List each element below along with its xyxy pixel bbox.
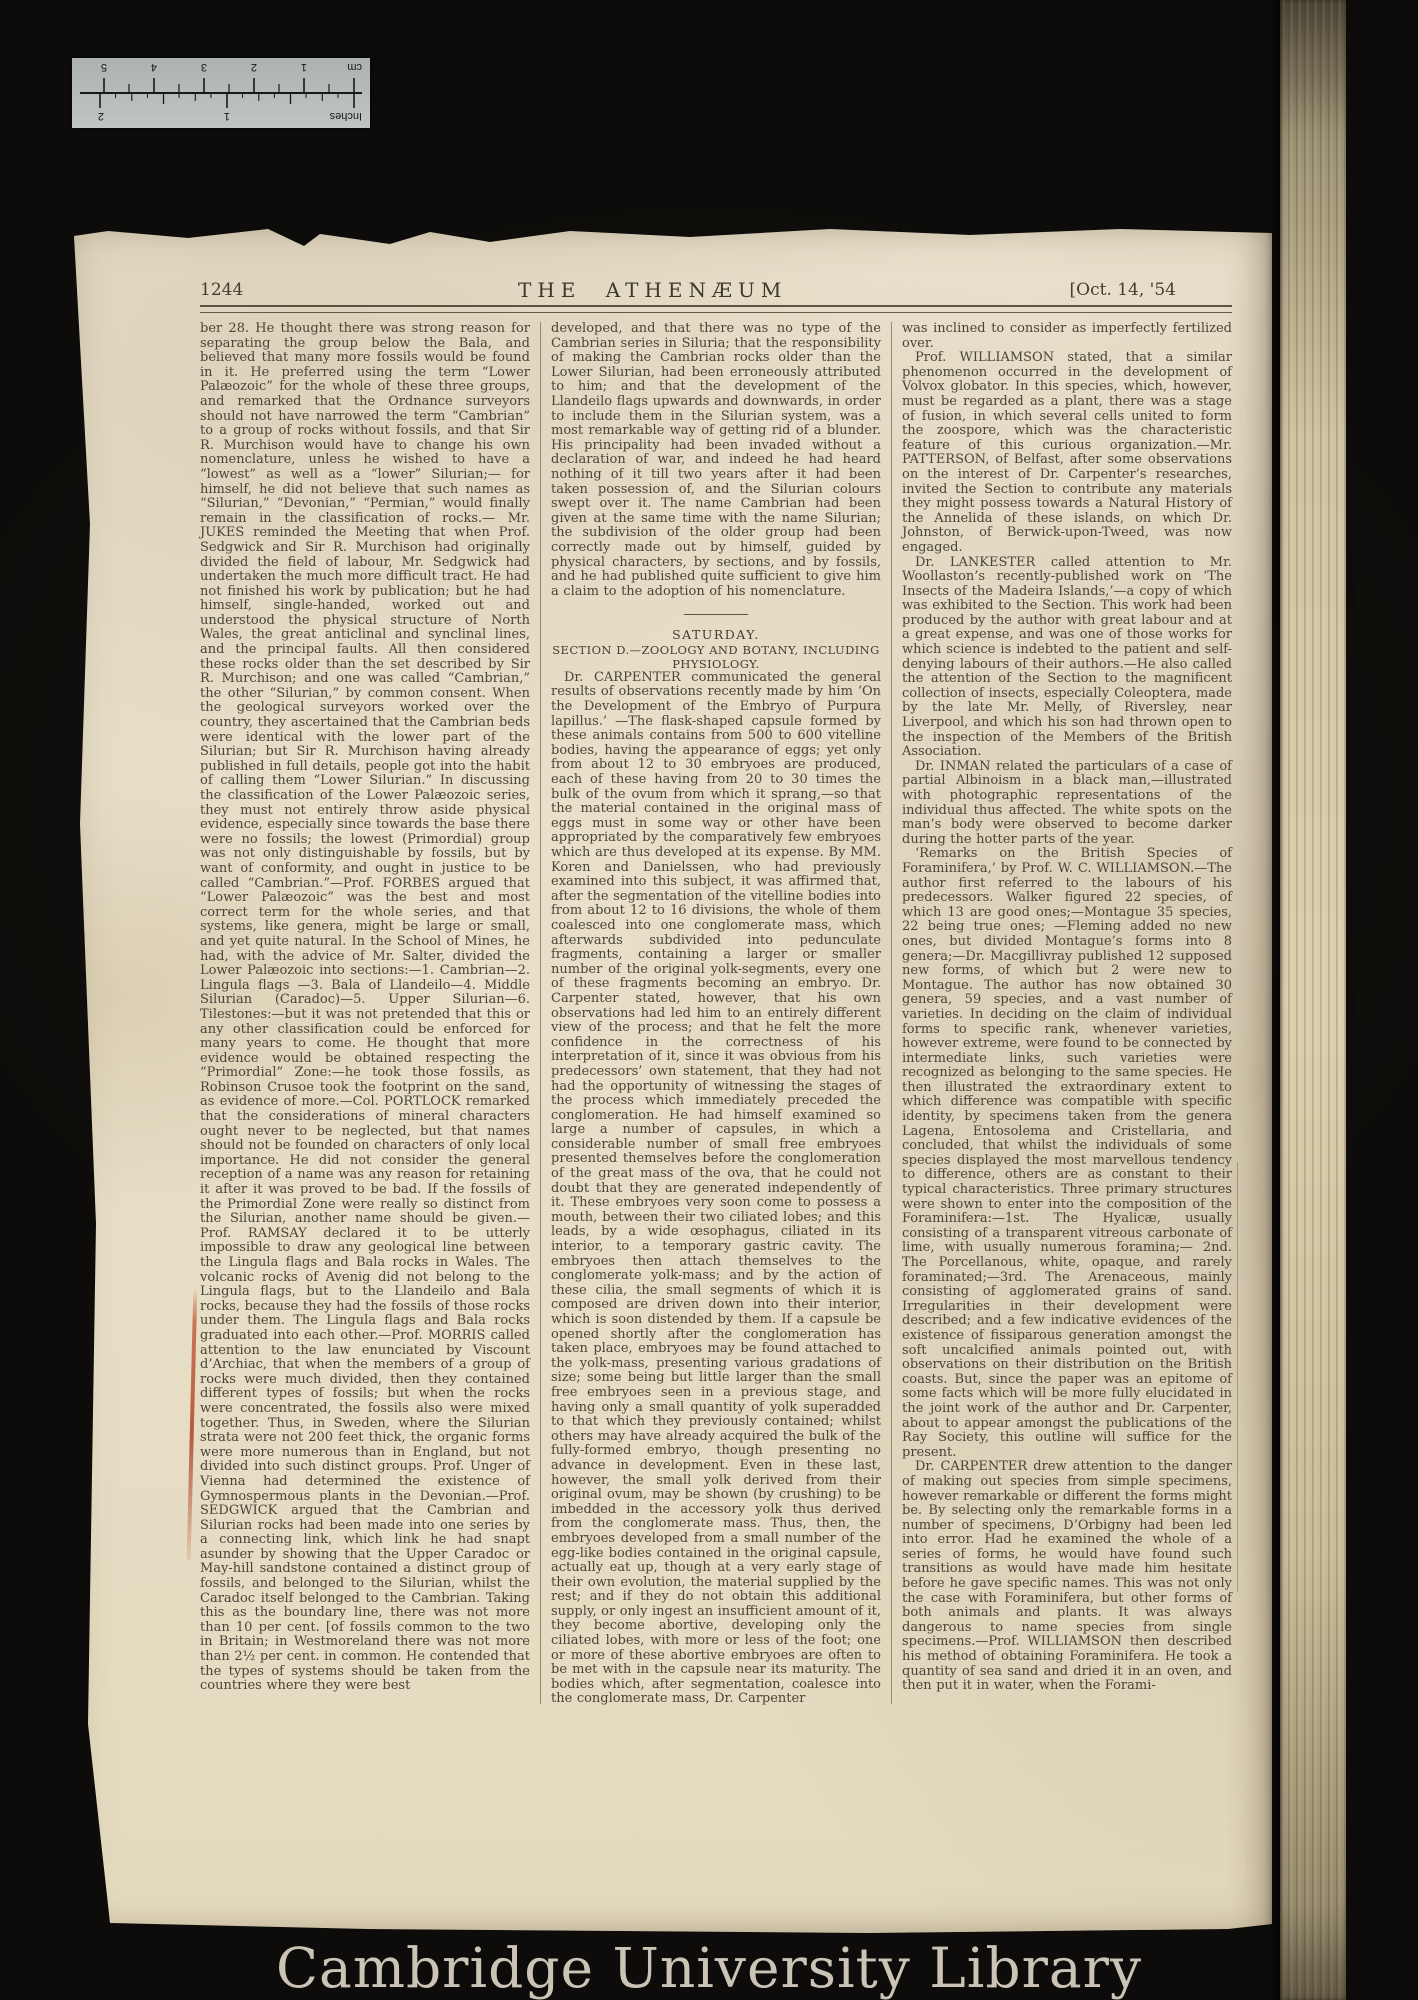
ruler-inch-number: 2 <box>98 110 104 122</box>
newspaper-title: THE ATHENÆUM <box>518 278 787 302</box>
paragraph: Prof. WILLIAMSON stated, that a similar … <box>902 351 1232 555</box>
photographed-page: 1244 THE ATHENÆUM [Oct. 14, '54 ber 28. … <box>68 222 1272 1936</box>
issue-date: [Oct. 14, '54 <box>1070 280 1176 300</box>
page-text-area: 1244 THE ATHENÆUM [Oct. 14, '54 ber 28. … <box>200 270 1232 1707</box>
ruler-cm-number: 2 <box>251 61 257 73</box>
section-divider-rule <box>684 614 748 615</box>
ruler-inch-number: 1 <box>224 110 230 122</box>
paragraph: Dr. CARPENTER communicated the general r… <box>551 671 881 1707</box>
ruler-cm-number: 1 <box>301 61 307 73</box>
right-margin-rule <box>1237 1162 1238 1592</box>
watermark-text: Cambridge University Library <box>0 1936 1418 2000</box>
column-2-lead: developed, and that there was no type of… <box>551 322 881 599</box>
red-margin-mark <box>187 1288 197 1560</box>
ruler-inches-label: Inches <box>329 110 362 122</box>
section-heading-title: SECTION D.—ZOOLOGY AND BOTANY, INCLUDING… <box>551 643 881 671</box>
page-number: 1244 <box>200 280 243 300</box>
paragraph: Dr. INMAN related the particulars of a c… <box>902 760 1232 848</box>
paragraph: Dr. CARPENTER drew attention to the dang… <box>902 1460 1232 1694</box>
text-columns: ber 28. He thought there was strong reas… <box>200 322 1232 1707</box>
ruler: cm 1 2 3 4 5 Inches 1 2 <box>72 58 370 128</box>
ruler-cm-number: 4 <box>151 61 157 73</box>
paragraph: ber 28. He thought there was strong reas… <box>200 322 530 1694</box>
text-column-1: ber 28. He thought there was strong reas… <box>200 322 530 1707</box>
text-column-2: developed, and that there was no type of… <box>551 322 881 1707</box>
column-2-body: Dr. CARPENTER communicated the general r… <box>551 671 881 1707</box>
masthead-rule <box>200 305 1232 313</box>
ruler-cm-number: 5 <box>101 61 107 73</box>
paragraph: was inclined to consider as imperfectly … <box>902 322 1232 351</box>
text-column-3: was inclined to consider as imperfectly … <box>902 322 1232 1707</box>
paragraph: developed, and that there was no type of… <box>551 322 881 599</box>
scan-background: { "ruler": { "cm_label": "cm", "inch_lab… <box>0 0 1418 2000</box>
section-heading-day: SATURDAY. <box>551 628 881 643</box>
paragraph: ‘Remarks on the British Species of Foram… <box>902 847 1232 1460</box>
ruler-scale: cm 1 2 3 4 5 Inches 1 2 <box>72 58 370 128</box>
ruler-cm-number: 3 <box>201 61 207 73</box>
column-divider <box>891 322 892 1704</box>
ruler-cm-label: cm <box>347 61 362 73</box>
book-fore-edge <box>1280 0 1346 2000</box>
masthead: 1244 THE ATHENÆUM [Oct. 14, '54 <box>200 270 1232 302</box>
column-divider <box>540 322 541 1704</box>
paragraph: Dr. LANKESTER called attention to Mr. Wo… <box>902 556 1232 760</box>
